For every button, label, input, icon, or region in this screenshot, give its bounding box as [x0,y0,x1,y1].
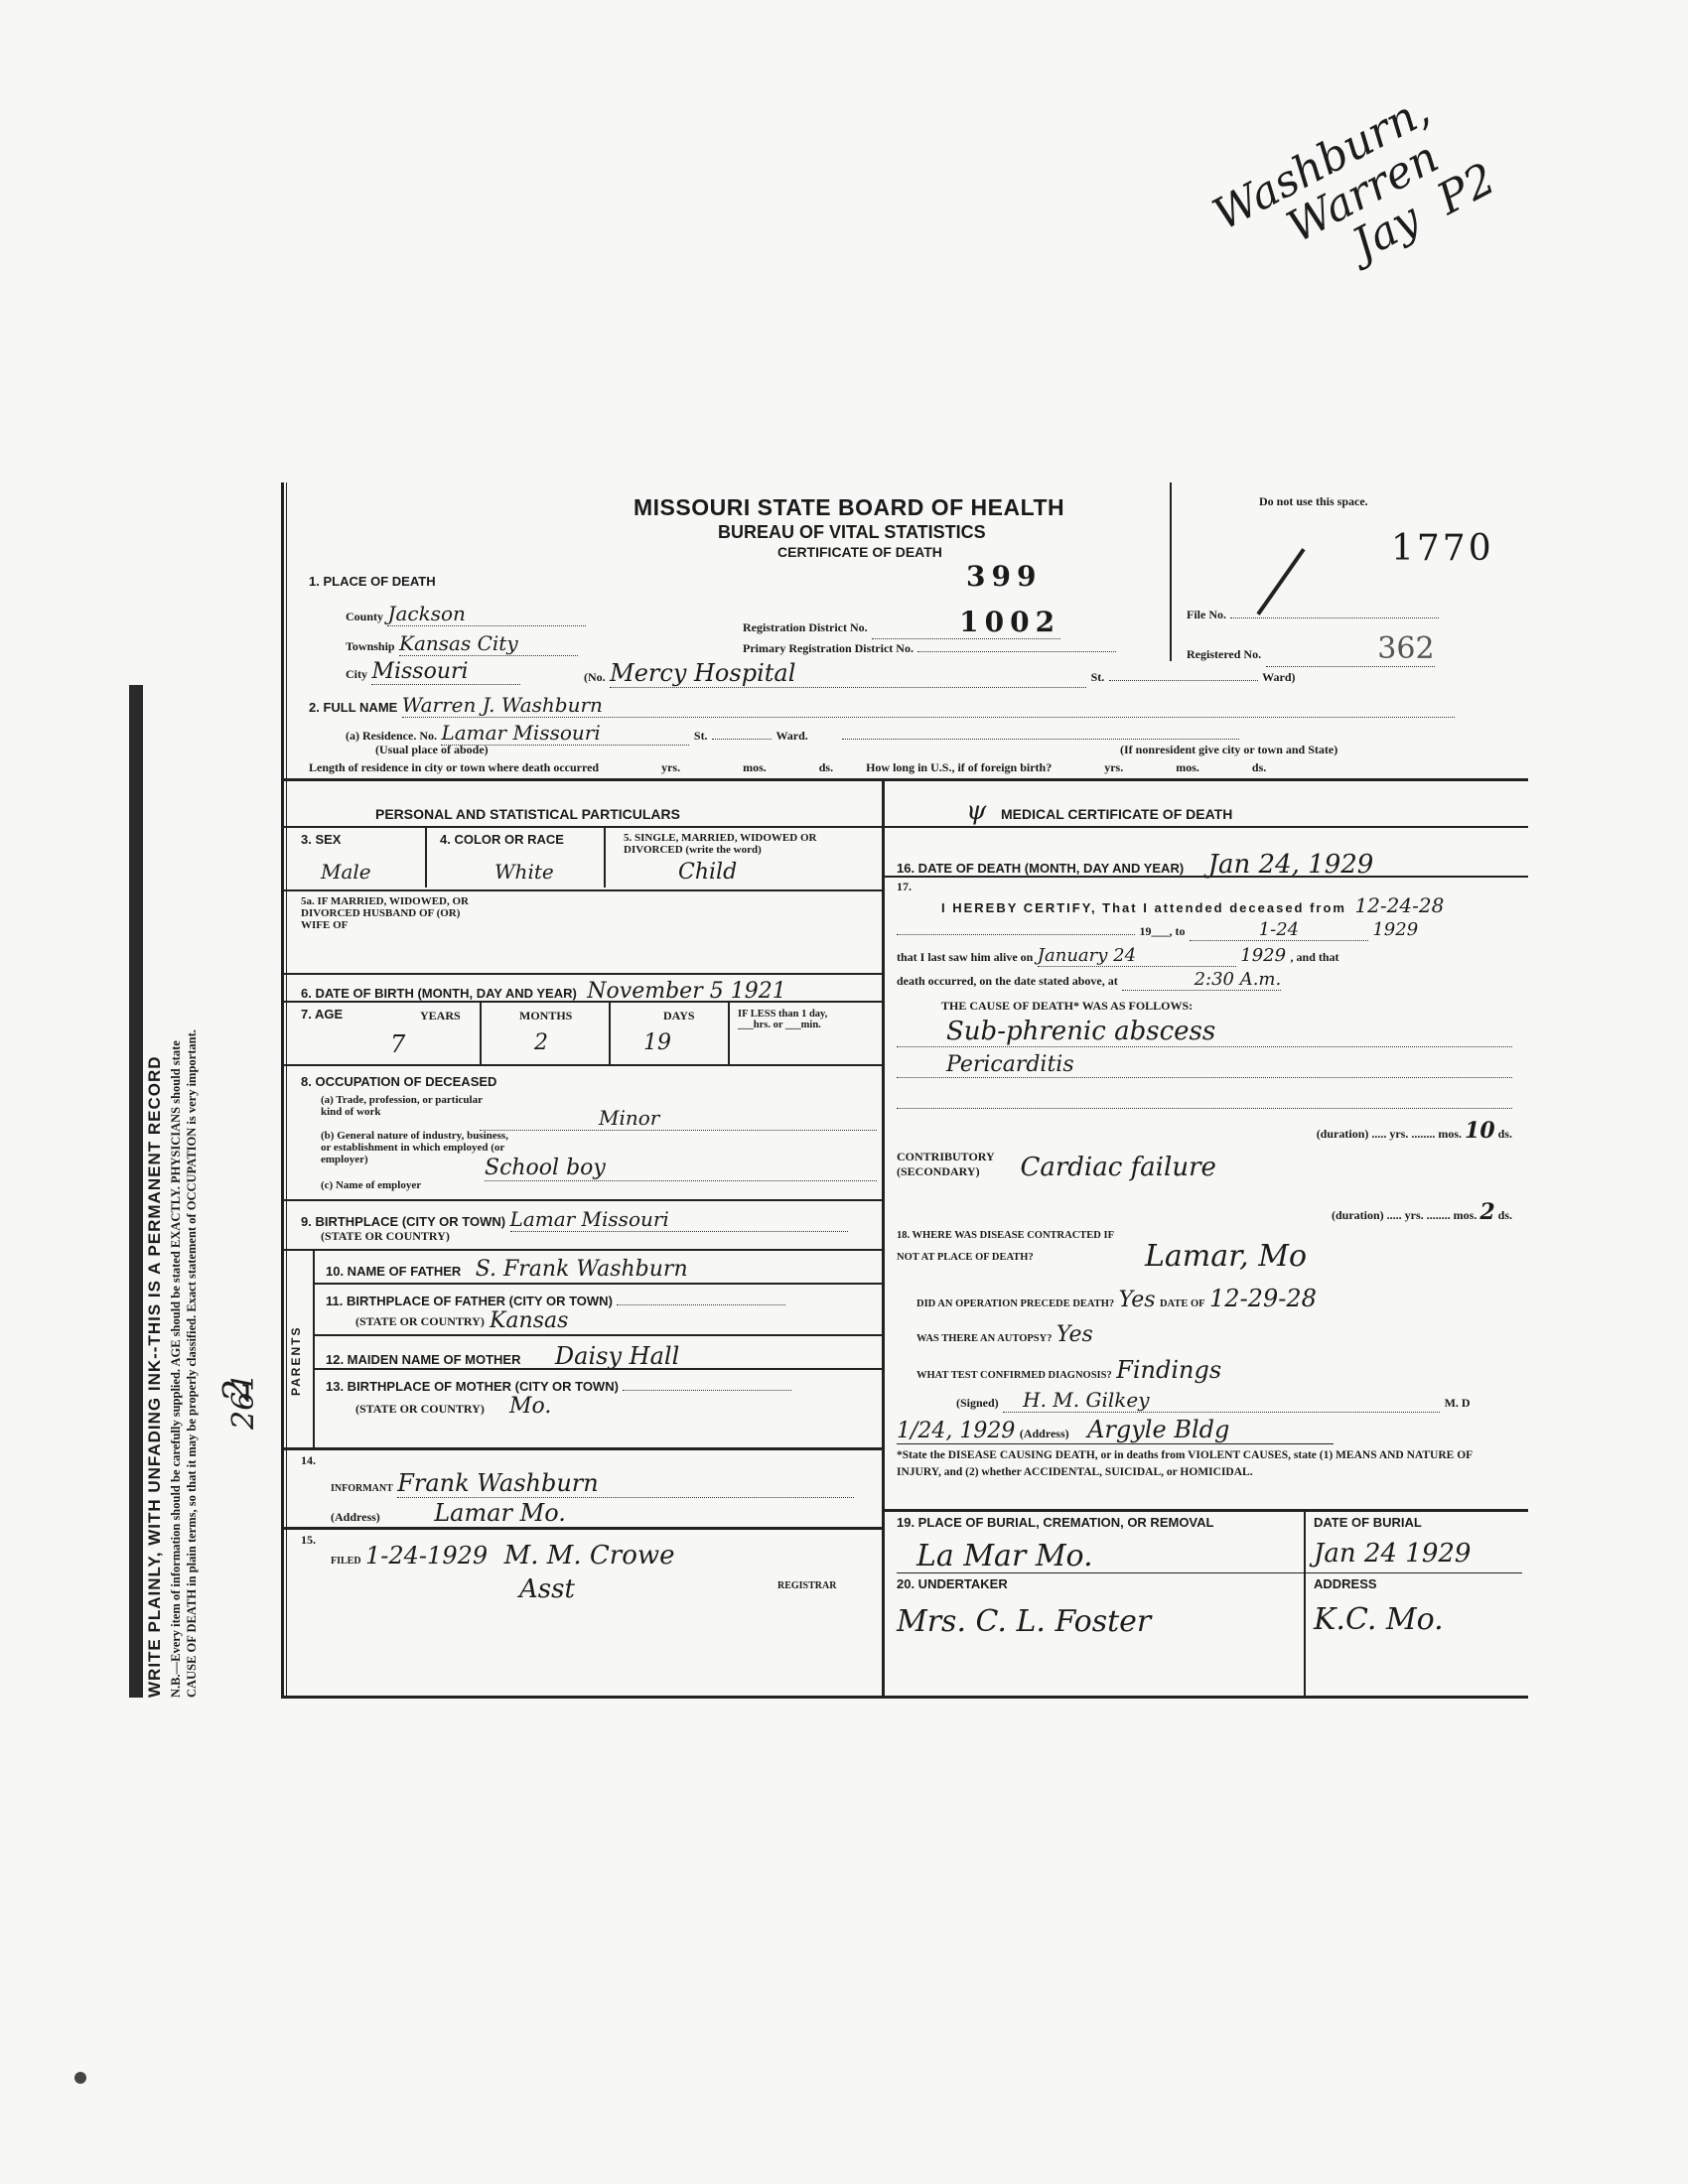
divider [604,828,606,887]
birthplace-state-label: (STATE OR COUNTRY) [321,1229,450,1244]
trade-value: Minor [480,1106,877,1131]
attended-to-year: 1929 [1372,919,1418,940]
mother-state-value: Mo. [509,1394,551,1419]
mother-label: 12. MAIDEN NAME OF MOTHER [326,1352,520,1367]
hospital-value: Mercy Hospital [610,659,1086,688]
undertaker-address-label: ADDRESS [1314,1576,1377,1591]
registrar-label: REGISTRAR [777,1580,836,1591]
informant-value: Frank Washburn [397,1469,854,1498]
divider [897,1443,1334,1444]
last-saw-year: 1929 [1240,945,1286,966]
registration-district-label: Registration District No. [743,620,868,634]
divider [313,1368,882,1370]
time-of-death-row: death occurred, on the date stated above… [897,969,1281,991]
township-field: Township Kansas City [346,631,604,656]
divider [281,826,882,828]
column-divider [882,780,885,1696]
operation-row: DID AN OPERATION PRECEDE DEATH? Yes DATE… [916,1285,1317,1312]
autopsy-row: WAS THERE AN AUTOPSY? Yes [916,1322,1093,1347]
divider [897,1572,1522,1573]
race-value: White [494,860,554,884]
sex-label: 3. SEX [301,832,341,847]
father-label: 10. NAME OF FATHER [326,1264,461,1279]
undertaker-value: Mrs. C. L. Foster [897,1604,1151,1639]
father-state-label: (STATE OR COUNTRY) [355,1314,485,1329]
filed-label: FILED [331,1556,361,1567]
test-row: WHAT TEST CONFIRMED DIAGNOSIS? Findings [916,1356,1221,1384]
foreign-mos-label: mos. [1176,760,1199,774]
divider [885,1509,1528,1512]
foreign-ds-label: ds. [1252,760,1266,774]
file-no-field: File No. [1187,606,1439,623]
sidebar-bar [129,685,143,1698]
burial-date-label: DATE OF BURIAL [1314,1515,1422,1530]
form-certificate: CERTIFICATE OF DEATH [777,544,942,560]
to-label: 19___, to [1139,924,1185,938]
place-of-death-label: 1. PLACE OF DEATH [309,574,436,589]
marital-label: 5. SINGLE, MARRIED, WIDOWED OR DIVORCED … [624,832,872,856]
county-value: Jackson [387,602,586,626]
margin-mark-2: 2 [217,1379,258,1402]
contributory-value: Cardiac failure [1020,1153,1215,1182]
days-value: 19 [643,1030,671,1055]
race-label: 4. COLOR OR RACE [440,832,564,847]
contrib-duration-label: (duration) [1332,1208,1384,1222]
ward-label: Ward) [1262,670,1295,684]
father-value: S. Frank Washburn [476,1257,688,1282]
full-name-field: 2. FULL NAME Warren J. Washburn [309,693,1455,718]
registered-no-field: Registered No. 362 [1187,631,1435,667]
divider [313,1249,315,1447]
undertaker-address-value: K.C. Mo. [1314,1602,1444,1637]
file-no-label: File No. [1187,608,1226,621]
md-label: M. D [1445,1396,1471,1410]
city-value: Missouri [371,659,520,685]
form-subtitle: BUREAU OF VITAL STATISTICS [718,522,986,543]
city-label: City [346,667,367,681]
divider [281,1447,882,1450]
contributory-label: CONTRIBUTORY (SECONDARY) [897,1150,1016,1179]
note-line-2: CAUSE OF DEATH in plain terms, so that i… [185,1029,200,1698]
divider [885,876,1528,878]
filed-num: 15. [301,1533,316,1548]
do-not-use-label: Do not use this space. [1259,494,1368,509]
autopsy-label: WAS THERE AN AUTOPSY? [916,1333,1052,1344]
occurred-label: death occurred, on the date stated above… [897,974,1118,988]
divider [313,1334,882,1336]
certificate-number: 399 [966,560,1042,593]
divider [313,1283,882,1285]
township-label: Township [346,639,395,653]
dob-label: 6. DATE OF BIRTH (MONTH, DAY AND YEAR) [301,986,577,1001]
contrib-duration-days: 2 [1479,1199,1494,1225]
divider [281,1249,882,1251]
form-bottom-border [281,1696,1528,1699]
days-label: DAYS [663,1009,695,1024]
birthplace-label: 9. BIRTHPLACE (CITY OR TOWN) [301,1214,505,1229]
abode-note: (Usual place of abode) [375,743,489,757]
certify-row: I HEREBY CERTIFY, That I attended deceas… [941,893,1444,917]
form-title: MISSOURI STATE BOARD OF HEALTH [633,494,1064,521]
section-divider [281,778,1528,781]
age-label: 7. AGE [301,1007,343,1022]
write-plainly-text: WRITE PLAINLY, WITH UNFADING INK--THIS I… [145,1056,165,1699]
less-than-day-label: IF LESS than 1 day, ___hrs. or ___min. [738,1009,847,1030]
mother-state-label: (STATE OR COUNTRY) [355,1402,485,1417]
divider [609,1003,611,1064]
sign-date: 1/24, 1929 [897,1419,1015,1443]
scan-speck [74,2072,86,2084]
operation-date: 12-29-28 [1209,1285,1317,1312]
operation-value: Yes [1119,1288,1156,1312]
and-that-label: , and that [1291,950,1339,964]
foreign-label: How long in U.S., if of foreign birth? [866,760,1052,774]
sidebar-instructions: WRITE PLAINLY, WITH UNFADING INK--THIS I… [129,685,278,1698]
informant-address-value: Lamar Mo. [434,1499,566,1527]
duration-label: (duration) [1317,1127,1369,1141]
spouse-label: 5a. IF MARRIED, WIDOWED, OR DIVORCED HUS… [301,895,470,931]
registrar-name: M. M. Crowe [504,1541,675,1570]
years-label: YEARS [420,1009,461,1024]
residence-label: (a) Residence. No. [346,729,437,743]
autopsy-value: Yes [1056,1322,1093,1347]
stamp-number: 1770 [1391,528,1494,569]
no-label: (No. [584,670,606,684]
informant-label: INFORMANT [331,1483,393,1494]
employer-label: (c) Name of employer [321,1179,421,1191]
divider [1304,1511,1306,1696]
mother-value: Daisy Hall [555,1342,679,1370]
time-of-death: 2:30 A.m. [1122,969,1281,991]
note-line-1: N.B.—Every item of information should be… [169,1040,184,1698]
father-birthplace-label: 11. BIRTHPLACE OF FATHER (CITY OR TOWN) [326,1294,613,1308]
burial-place-value: La Mar Mo. [916,1539,1093,1573]
marital-value: Child [678,860,737,885]
divider [281,1001,882,1003]
cause-blank-line [897,1090,1512,1109]
informant-address-field: (Address) Lamar Mo. [331,1499,566,1527]
cause-1: Sub-phrenic abscess [897,1017,1512,1047]
foreign-yrs-label: yrs. [1104,760,1123,774]
medical-header: MEDICAL CERTIFICATE OF DEATH [1001,806,1232,822]
father-state-value: Kansas [490,1308,568,1333]
registration-district-value: 1002 [872,606,1060,639]
city-field: City Missouri [346,659,520,685]
signed-row: (Signed) H. M. Gilkey M. D [956,1388,1532,1413]
last-saw-row: that I last saw him alive on January 24 … [897,945,1339,967]
divider [885,826,1528,828]
attended-to: 1-24 [1190,919,1368,941]
birthplace-value: Lamar Missouri [510,1207,848,1232]
duration-row: (duration) ..... yrs. ........ mos. 10 d… [897,1118,1512,1144]
industry-value: School boy [485,1156,877,1181]
informant-num: 14. [301,1453,316,1468]
contrib-duration-row: (duration) ..... yrs. ........ mos. 2 ds… [897,1199,1512,1225]
where-contracted-label: 18. WHERE WAS DISEASE CONTRACTED IF NOT … [897,1225,1125,1269]
divider [728,1003,730,1064]
test-label: WHAT TEST CONFIRMED DIAGNOSIS? [916,1370,1112,1381]
operation-date-label: DATE OF [1160,1298,1205,1309]
date-of-death-label: 16. DATE OF DEATH (MONTH, DAY AND YEAR) [897,861,1184,876]
months-value: 2 [534,1030,548,1055]
personal-header: PERSONAL AND STATISTICAL PARTICULARS [375,806,680,822]
yrs-label: yrs. [661,760,680,774]
last-saw-date: January 24 [1038,945,1236,967]
operation-label: DID AN OPERATION PRECEDE DEATH? [916,1298,1114,1309]
divider [480,1003,482,1064]
registrar-asst: Asst [519,1574,575,1604]
st-label: St. [1091,670,1105,684]
registration-district-field: Registration District No. 1002 [743,606,1060,639]
form-left-border-inner [286,482,287,1698]
item-17-num: 17. [897,880,912,894]
informant-field: INFORMANT Frank Washburn [331,1469,854,1498]
divider [281,1527,882,1530]
signed-label: (Signed) [956,1396,999,1410]
medical-mark: ψ [966,796,986,826]
filed-field: FILED 1-24-1929 M. M. Crowe [331,1541,675,1570]
full-name-value: Warren J. Washburn [402,693,1455,718]
sign-address-row: 1/24, 1929 (Address) Argyle Bldg [897,1416,1229,1443]
certify-label: I HEREBY CERTIFY, That I attended deceas… [941,900,1346,915]
footnote: *State the DISEASE CAUSING DEATH, or in … [897,1447,1512,1481]
divider [281,889,882,891]
mother-birthplace-field: 13. BIRTHPLACE OF MOTHER (CITY OR TOWN) [326,1378,791,1396]
burial-date-value: Jan 24 1929 [1314,1539,1471,1569]
cause-label: THE CAUSE OF DEATH* WAS AS FOLLOWS: [941,999,1193,1014]
informant-address-label: (Address) [331,1510,380,1524]
undertaker-label: 20. UNDERTAKER [897,1576,1008,1591]
divider [281,973,882,975]
occupation-label: 8. OCCUPATION OF DECEASED [301,1074,496,1089]
length-label: Length of residence in city or town wher… [309,760,599,774]
header-divider [1170,482,1172,661]
primary-registration-label: Primary Registration District No. [743,641,914,655]
primary-registration-field: Primary Registration District No. [743,639,1116,657]
burial-place-label: 19. PLACE OF BURIAL, CREMATION, OR REMOV… [897,1515,1213,1530]
sign-address-label: (Address) [1020,1427,1069,1440]
years-value: 7 [390,1030,405,1058]
length-of-residence-row: Length of residence in city or town wher… [309,760,1500,775]
mother-birthplace-label: 13. BIRTHPLACE OF MOTHER (CITY OR TOWN) [326,1379,619,1394]
form-left-border [281,482,284,1698]
sex-value: Male [321,860,371,884]
signed-value: H. M. Gilkey [1003,1388,1440,1413]
registered-no-value: 362 [1266,631,1435,667]
divider [281,1199,882,1201]
county-label: County [346,610,383,623]
handwritten-annotation: Washburn, Warren Jay P2 [1206,75,1502,320]
residence-st-label: St. [694,729,708,743]
last-saw-label: that I last saw him alive on [897,950,1033,964]
residence-ward-label: Ward. [775,729,807,743]
contributory-field: CONTRIBUTORY (SECONDARY) Cardiac failure [897,1150,1216,1182]
nonresident-note: (If nonresident give city or town and St… [1120,743,1337,757]
death-certificate-form: MISSOURI STATE BOARD OF HEALTH BUREAU OF… [281,482,1528,1698]
township-value: Kansas City [399,631,578,656]
attended-to-row: 19___, to 1-24 1929 [897,919,1418,941]
father-field: 10. NAME OF FATHER S. Frank Washburn [326,1257,688,1282]
divider [425,828,427,887]
sign-address-value: Argyle Bldg [1087,1416,1229,1443]
registered-no-label: Registered No. [1187,647,1261,661]
test-value: Findings [1116,1356,1221,1384]
full-name-label: 2. FULL NAME [309,700,397,715]
county-field: County Jackson [346,602,604,626]
ds-label: ds. [819,760,833,774]
mos-label: mos. [743,760,767,774]
filed-date: 1-24-1929 [365,1542,488,1570]
cause-2: Pericarditis [897,1052,1512,1078]
parents-label: PARENTS [289,1326,303,1396]
attended-from: 12-24-28 [1354,893,1444,917]
months-label: MONTHS [519,1009,572,1024]
where-contracted-value: Lamar, Mo [1145,1239,1307,1274]
mother-field: 12. MAIDEN NAME OF MOTHER Daisy Hall [326,1342,679,1370]
trade-label: (a) Trade, profession, or particular kin… [321,1094,499,1118]
duration-days: 10 [1465,1118,1495,1144]
divider [281,1064,882,1066]
